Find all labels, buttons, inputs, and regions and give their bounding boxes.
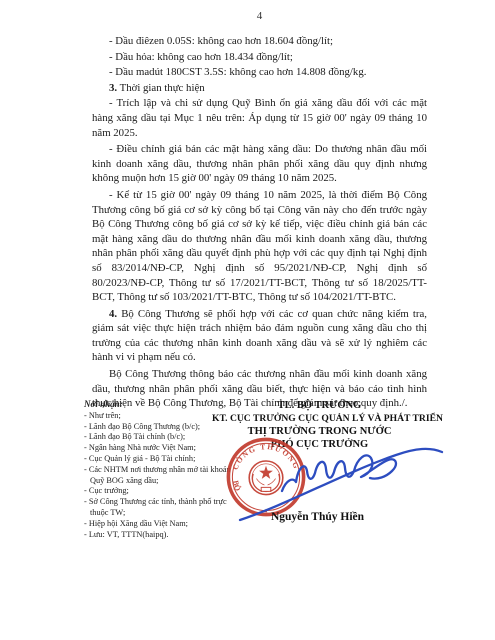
section-3-title: Thời gian thực hiện — [117, 82, 205, 94]
price-item-mazut: - Dầu madút 180CST 3.5S: không cao hơn 1… — [92, 65, 427, 80]
document-page: 4 - Dầu điêzen 0.05S: không cao hơn 18.6… — [0, 0, 495, 640]
recipient-item: - Cục trưởng; — [84, 486, 239, 497]
recipient-item: - Hiệp hội Xăng dầu Việt Nam; — [84, 519, 239, 530]
section-3-number: 3. — [109, 82, 117, 94]
section-4-text: Bộ Công Thương sẽ phối hợp với các cơ qu… — [92, 308, 427, 364]
price-item-kerosene: - Dầu hỏa: không cao hơn 18.434 đồng/lít… — [92, 50, 427, 65]
paragraph-fund-usage: - Trích lập và chi sử dụng Quỹ Bình ổn g… — [92, 96, 427, 140]
page-number: 4 — [0, 10, 495, 22]
section-4-number: 4. — [109, 308, 117, 320]
section-3-heading: 3. Thời gian thực hiện — [92, 81, 427, 96]
document-body: - Dầu điêzen 0.05S: không cao hơn 18.604… — [92, 34, 427, 413]
signer-name: Nguyễn Thúy Hiền — [240, 511, 395, 523]
recipient-item: - Các NHTM nơi thương nhân mở tài khoản … — [84, 465, 239, 487]
paragraph-effective-time: - Kể từ 15 giờ 00' ngày 09 tháng 10 năm … — [92, 188, 427, 305]
sign-authority-line: TL. BỘ TRƯỞNG — [212, 399, 427, 412]
recipient-item: - Cục Quản lý giá - Bộ Tài chính; — [84, 454, 239, 465]
paragraph-price-adjustment: - Điều chỉnh giá bán các mặt hàng xăng d… — [92, 142, 427, 186]
price-item-diesel: - Dầu điêzen 0.05S: không cao hơn 18.604… — [92, 34, 427, 49]
paragraph-section-4: 4. Bộ Công Thương sẽ phối hợp với các cơ… — [92, 307, 427, 365]
recipient-item: - Sở Công Thương các tỉnh, thành phố trự… — [84, 497, 239, 519]
sign-agency-line: KT. CỤC TRƯỞNG CỤC QUẢN LÝ VÀ PHÁT TRIỂN — [212, 412, 427, 425]
recipient-item: - Lưu: VT, TTTN(haipq). — [84, 530, 239, 541]
signature-sweep-stroke — [240, 449, 442, 520]
